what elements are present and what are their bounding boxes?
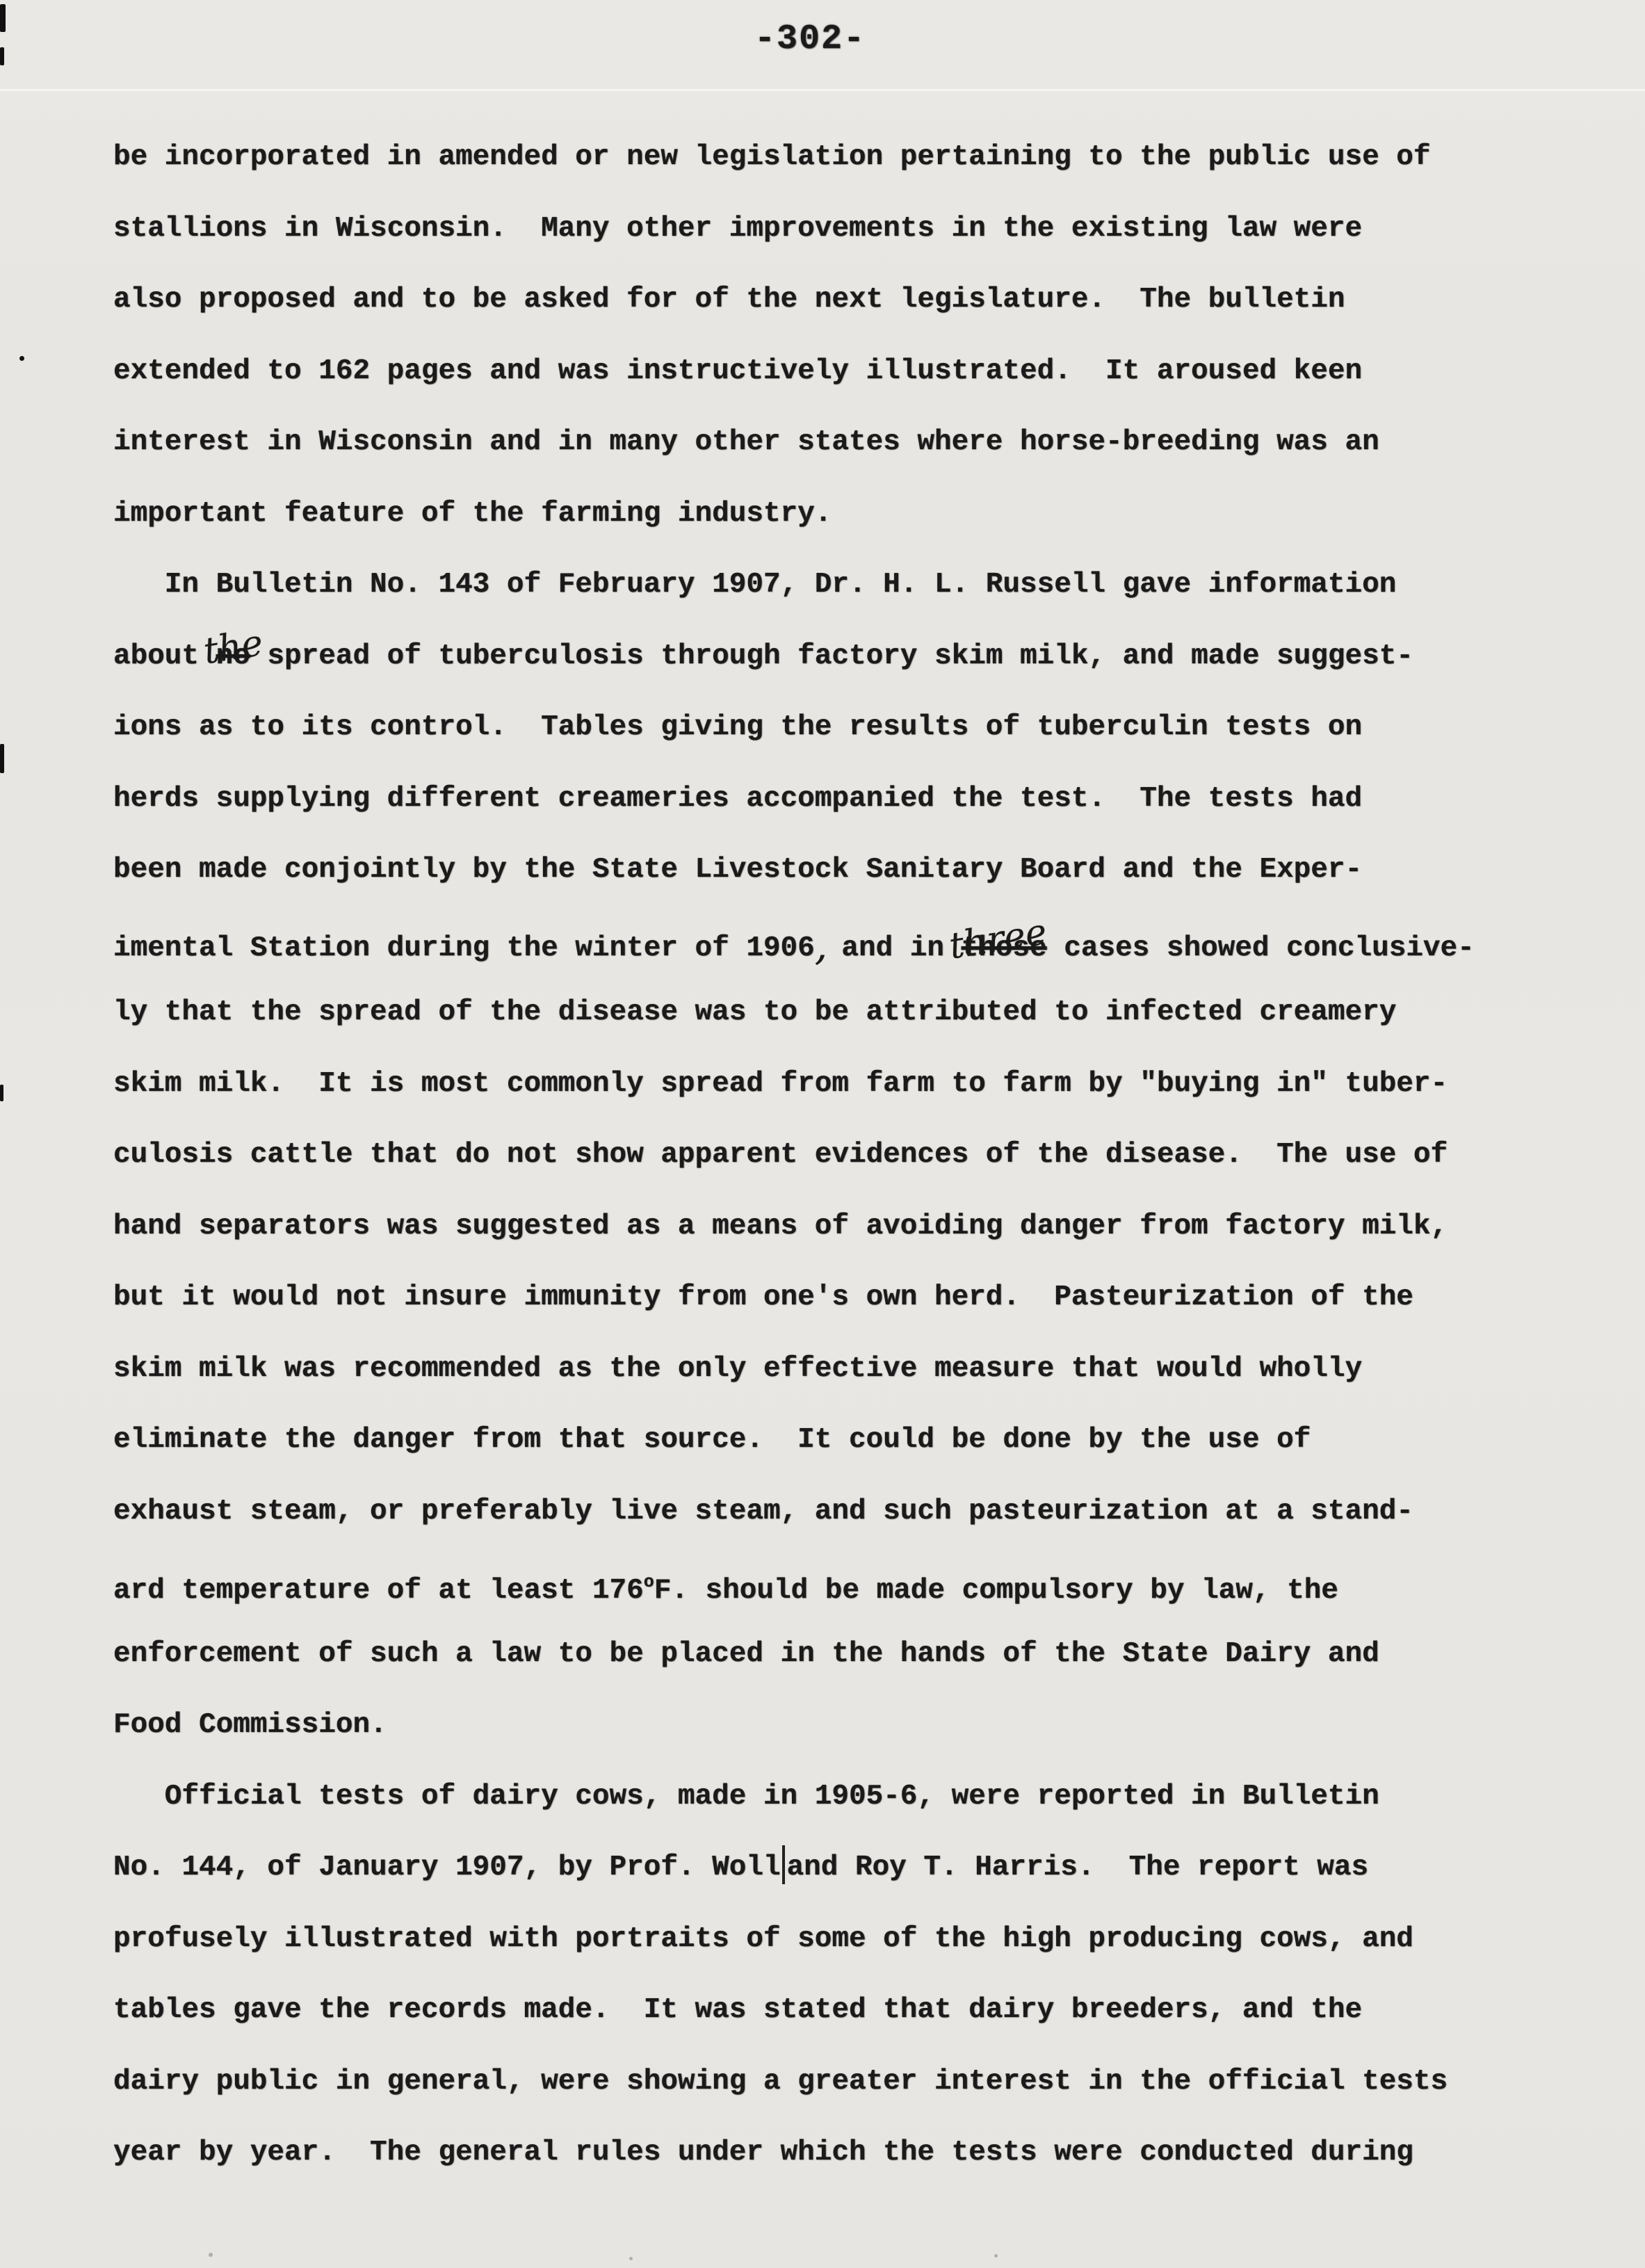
typed-text: been made conjointly by the State Livest…: [113, 854, 1362, 886]
typed-text: interest in Wisconsin and in many other …: [113, 426, 1379, 458]
typed-line: Official tests of dairy cows, made in 19…: [113, 1761, 1573, 1833]
typed-line: culosis cattle that do not show apparent…: [113, 1119, 1573, 1191]
typed-line: exhaust steam, or preferably live steam,…: [113, 1476, 1573, 1548]
scan-artifact-line: [0, 89, 1645, 91]
degree-superscript: o: [644, 1547, 654, 1619]
typed-text: profusely illustrated with portraits of …: [113, 1923, 1413, 1955]
typed-line: No. 144, of January 1907, by Prof. Wolla…: [113, 1832, 1573, 1904]
typed-text: tables gave the records made. It was sta…: [113, 1994, 1362, 2026]
pen-insertion-mark: [782, 1845, 785, 1884]
typed-line: ard temperature of at least 176oF. shoul…: [113, 1547, 1573, 1619]
typed-line: been made conjointly by the State Livest…: [113, 834, 1573, 906]
typed-text: ly that the spread of the disease was to…: [113, 996, 1396, 1028]
typed-line: extended to 162 pages and was instructiv…: [113, 336, 1573, 407]
scan-speck: [0, 1085, 3, 1101]
typed-text: No. 144, of January 1907, by Prof. Woll: [113, 1852, 781, 1884]
typed-line: profusely illustrated with portraits of …: [113, 1904, 1573, 1975]
typed-line: about nothe spread of tuberculosis throu…: [113, 621, 1573, 692]
typed-line: dairy public in general, were showing a …: [113, 2046, 1573, 2118]
typed-text: extended to 162 pages and was instructiv…: [113, 355, 1362, 387]
typed-line: skim milk. It is most commonly spread fr…: [113, 1048, 1573, 1120]
typed-line: important feature of the farming industr…: [113, 478, 1573, 550]
typed-line: interest in Wisconsin and in many other …: [113, 407, 1573, 478]
scan-speck: [994, 2254, 998, 2258]
typed-text: herds supplying different creameries acc…: [113, 783, 1362, 815]
scan-speck: [629, 2257, 633, 2260]
typed-text: cases showed conclusive-: [1047, 932, 1475, 964]
typed-text: Official tests of dairy cows, made in 19…: [113, 1781, 1379, 1813]
typed-text: enforcement of such a law to be placed i…: [113, 1638, 1379, 1670]
typed-text: ard temperature of at least 176: [113, 1575, 644, 1607]
typed-text: but it would not insure immunity from on…: [113, 1281, 1413, 1313]
typed-text: and in: [825, 932, 962, 964]
typed-text: In Bulletin No. 143 of February 1907, Dr…: [113, 569, 1396, 601]
typed-text: also proposed and to be asked for of the…: [113, 284, 1345, 316]
scan-speck: [0, 4, 6, 32]
typed-line: eliminate the danger from that source. I…: [113, 1404, 1573, 1476]
scan-speck: [209, 2253, 213, 2257]
typed-line: be incorporated in amended or new legisl…: [113, 122, 1573, 193]
page-number: -302-: [754, 19, 866, 59]
typed-text: exhaust steam, or preferably live steam,…: [113, 1496, 1413, 1528]
typed-line: Food Commission.: [113, 1690, 1573, 1761]
typed-text: about: [113, 640, 216, 672]
scan-speck: [19, 356, 24, 361]
typed-text: hand separators was suggested as a means…: [113, 1210, 1448, 1242]
typed-line: imental Station during the winter of 190…: [113, 906, 1573, 978]
scan-speck: [0, 744, 4, 773]
typed-line: In Bulletin No. 143 of February 1907, Dr…: [113, 549, 1573, 621]
typed-text: imental Station during the winter of 190…: [113, 932, 815, 964]
typed-text: F. should be made compulsory by law, the: [654, 1575, 1338, 1607]
handwritten-comma: ,: [815, 910, 825, 982]
typed-line: hand separators was suggested as a means…: [113, 1191, 1573, 1263]
typed-line: enforcement of such a law to be placed i…: [113, 1619, 1573, 1690]
typed-line: ly that the spread of the disease was to…: [113, 977, 1573, 1048]
typed-text: Food Commission.: [113, 1709, 387, 1741]
typed-text: stallions in Wisconsin. Many other impro…: [113, 213, 1362, 245]
typed-line: stallions in Wisconsin. Many other impro…: [113, 193, 1573, 265]
typed-line: but it would not insure immunity from on…: [113, 1262, 1573, 1334]
typed-text: and Roy T. Harris. The report was: [787, 1852, 1369, 1884]
handwritten-correction: nothe: [216, 621, 250, 692]
typed-text-block: be incorporated in amended or new legisl…: [113, 122, 1573, 2189]
typed-line: tables gave the records made. It was sta…: [113, 1975, 1573, 2046]
typed-line: skim milk was recommended as the only ef…: [113, 1334, 1573, 1405]
handwritten-correction: thosethree: [962, 913, 1047, 985]
typed-line: ions as to its control. Tables giving th…: [113, 692, 1573, 763]
typed-text: eliminate the danger from that source. I…: [113, 1424, 1311, 1456]
typed-line: also proposed and to be asked for of the…: [113, 264, 1573, 336]
typed-line: year by year. The general rules under wh…: [113, 2117, 1573, 2189]
typed-text: year by year. The general rules under wh…: [113, 2137, 1413, 2169]
typed-line: herds supplying different creameries acc…: [113, 763, 1573, 835]
handwritten-word: the: [201, 625, 265, 670]
typed-text: dairy public in general, were showing a …: [113, 2066, 1448, 2098]
typed-text: skim milk. It is most commonly spread fr…: [113, 1068, 1448, 1100]
typed-text: be incorporated in amended or new legisl…: [113, 141, 1431, 173]
scan-speck: [0, 47, 4, 65]
typed-text: important feature of the farming industr…: [113, 498, 832, 530]
scanned-typewritten-page: -302- be incorporated in amended or new …: [0, 0, 1645, 2268]
typed-text: skim milk was recommended as the only ef…: [113, 1353, 1362, 1385]
typed-text: spread of tuberculosis through factory s…: [250, 640, 1413, 672]
typed-text: ions as to its control. Tables giving th…: [113, 711, 1362, 743]
typed-text: culosis cattle that do not show apparent…: [113, 1139, 1448, 1171]
